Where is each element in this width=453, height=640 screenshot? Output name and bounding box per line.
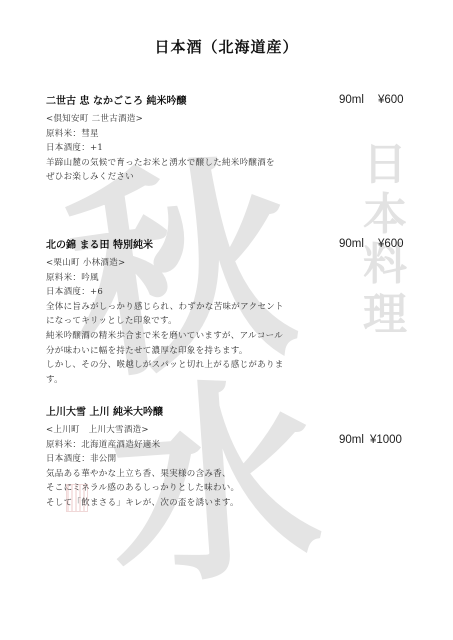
description-line: そして「飲まさる」キレが、次の盃を誘います。: [46, 496, 336, 511]
vertical-char: 理: [350, 290, 420, 340]
brewery: <栗山町 小林酒造>: [46, 256, 336, 271]
vertical-char: 本: [350, 190, 420, 240]
sake-name: 上川大雪 上川 純米大吟醸: [46, 405, 336, 421]
vertical-char: 日: [350, 140, 420, 190]
description-line: 全体に旨みがしっかり感じられ、わずかな苦味がアクセント: [46, 300, 336, 315]
sake-meter-value: 日本酒度：+1: [46, 141, 336, 156]
sake-entry: 二世古 忠 なかごころ 純米吟醸 <倶知安町 二世古酒造> 原料米：彗星 日本酒…: [46, 94, 336, 185]
sake-entry: 北の錦 まる田 特別純米 <栗山町 小林酒造> 原料米：吟風 日本酒度：+6 全…: [46, 238, 336, 387]
sake-name: 二世古 忠 なかごころ 純米吟醸: [46, 94, 336, 110]
price-info: 90ml¥1000: [339, 434, 402, 446]
volume: 90ml: [339, 94, 364, 106]
page-title: 日本酒（北海道産）: [0, 36, 453, 57]
description-line: 純米吟醸酒の精米歩合まで米を磨いていますが、アルコール: [46, 329, 336, 344]
price-info: 90ml¥600: [339, 238, 404, 250]
sake-name: 北の錦 まる田 特別純米: [46, 238, 336, 254]
volume: 90ml: [339, 238, 364, 250]
rice-type: 原料米：吟風: [46, 271, 336, 286]
description-line: す。: [46, 373, 336, 388]
volume: 90ml: [339, 434, 364, 446]
rice-type: 原料米：北海道産酒造好適米: [46, 438, 336, 453]
rice-type: 原料米：彗星: [46, 127, 336, 142]
description-line: しかし、その分、喉越しがスパッと切れ上がる感じがありま: [46, 358, 336, 373]
brewery: <上川町 上川大雪酒造>: [46, 423, 336, 438]
sake-entry: 上川大雪 上川 純米大吟醸 <上川町 上川大雪酒造> 原料米：北海道産酒造好適米…: [46, 405, 336, 511]
price: ¥1000: [370, 434, 402, 446]
price: ¥600: [378, 94, 404, 106]
sake-meter-value: 日本酒度：+6: [46, 285, 336, 300]
description-line: ぜひお楽しみください: [46, 170, 336, 185]
price: ¥600: [378, 238, 404, 250]
brewery: <倶知安町 二世古酒造>: [46, 112, 336, 127]
description-line: 羊蹄山麓の気候で育ったお米と湧水で醸した純米吟醸酒を: [46, 156, 336, 171]
description-line: になってキリッとした印象です。: [46, 314, 336, 329]
price-info: 90ml¥600: [339, 94, 404, 106]
description-line: そこにミネラル感のあるしっかりとした味わい。: [46, 481, 336, 496]
description-line: 分が味わいに幅を持たせて濃厚な印象を持ちます。: [46, 344, 336, 359]
sake-meter-value: 日本酒度：非公開: [46, 452, 336, 467]
description-line: 気品ある華やかな上立ち香、果実様の含み香、: [46, 467, 336, 482]
